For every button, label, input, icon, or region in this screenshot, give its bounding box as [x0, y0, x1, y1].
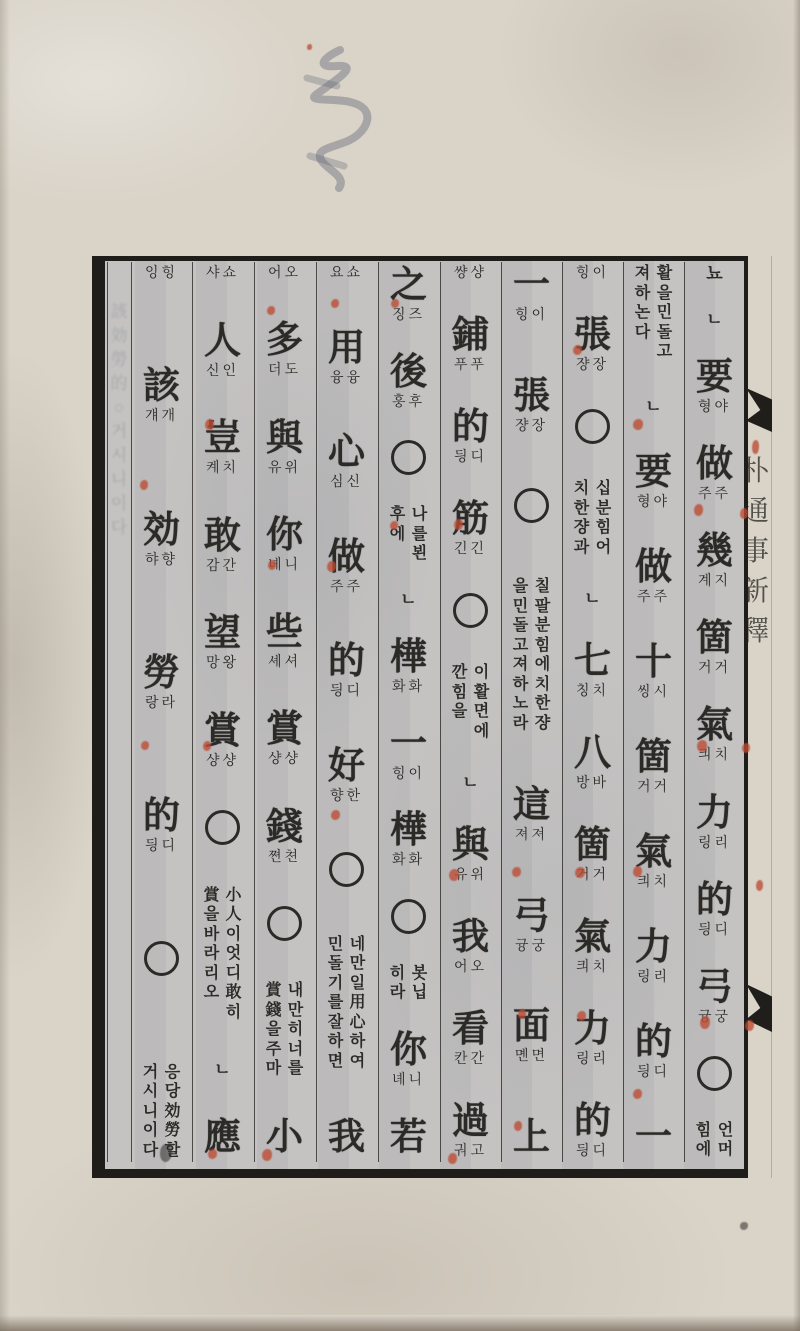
han-char: 力 [635, 926, 672, 970]
han-char: 若 [390, 1116, 427, 1160]
red-reading-mark [575, 867, 585, 878]
red-reading-mark [331, 299, 339, 308]
reading-pair: 힝이 [392, 767, 425, 783]
reading-pair: 링리 [637, 970, 670, 986]
reading-pair: 잉힝 [145, 266, 178, 282]
han-char: 用 [328, 327, 365, 371]
annotation-right: 칠팔분힘에치한쟝 [533, 577, 552, 733]
han-char: 鋪 [452, 314, 489, 358]
han-char: 一 [513, 264, 550, 308]
small-mark: ㄴ [400, 590, 416, 609]
circle-separator [329, 852, 364, 887]
annotation-right: 활을민돌고 [655, 264, 674, 362]
han-char-unit: 我 [328, 1116, 365, 1160]
reading-pair: 징즈 [392, 308, 425, 324]
reading-pair: 링리 [698, 836, 731, 852]
text-column: 잉힝該걔개効햐향勞랑라的딍디응당効勞할거시니이다 [131, 262, 191, 1162]
red-reading-mark [205, 419, 214, 430]
ink-smudge [740, 1222, 748, 1230]
small-mark: ㄴ [462, 773, 478, 792]
han-char-unit: 錢쪈쳔 [266, 806, 303, 866]
han-char-unit: 過궈고 [452, 1100, 489, 1160]
reading-pair: 거거 [698, 661, 731, 677]
reading-pair: 킈치 [637, 875, 670, 891]
red-reading-mark [633, 419, 643, 430]
annotation-left: 치한쟝과 [572, 479, 591, 557]
han-char: 的 [696, 879, 733, 923]
han-char-unit: 看칸간 [452, 1008, 489, 1068]
han-char-unit: 的딍디 [696, 879, 733, 939]
annotation-left: 賞錢을주마 [264, 981, 283, 1079]
red-reading-mark [512, 867, 521, 877]
han-char: 人 [204, 320, 241, 364]
reading-pair: 샤쇼 [206, 266, 239, 282]
han-char-unit: 氣킈치 [635, 831, 672, 891]
han-char: 弓 [513, 895, 550, 939]
han-char-unit: 要형야 [635, 451, 672, 511]
annotation-double: 활을민돌고져하논다 [633, 264, 674, 362]
han-char: 好 [328, 745, 365, 789]
han-char-unit: 張쟝장 [574, 314, 611, 374]
red-reading-mark [756, 880, 763, 891]
han-char: 的 [635, 1021, 672, 1065]
annotation-double: 내만히너를賞錢을주마 [264, 981, 305, 1079]
reading-pair: 딍디 [454, 450, 487, 466]
han-char: 這 [513, 784, 550, 828]
reading-pair: 딍디 [698, 923, 731, 939]
han-char: 後 [390, 351, 427, 395]
reading-pair: 주주 [637, 590, 670, 606]
circle-separator [514, 488, 549, 523]
han-char: 力 [696, 792, 733, 836]
reading-pair: 화화 [392, 853, 425, 869]
han-char-unit: 多더도 [266, 319, 303, 379]
han-char-unit: 賞샹샹 [204, 710, 241, 770]
small-mark: ㄴ [706, 310, 722, 329]
red-reading-mark [203, 741, 211, 751]
red-reading-mark [577, 1011, 586, 1021]
han-char-unit: 的딍디 [328, 640, 365, 700]
reading-pair: 햐향 [145, 553, 178, 569]
han-char-unit: 氣킈치 [574, 916, 611, 976]
han-char: 箇 [635, 736, 672, 780]
han-char: 箇 [574, 824, 611, 868]
reading-pair: 융융 [330, 371, 363, 387]
reading-pair: 주주 [330, 580, 363, 596]
han-char-unit: 的딍디 [143, 795, 180, 855]
annotation-left: 민돌기를잘하면 [326, 935, 345, 1072]
red-reading-mark [745, 1020, 754, 1031]
han-char-unit: 箇거거 [635, 736, 672, 796]
han-char: 過 [452, 1100, 489, 1144]
text-column: 요쇼用융융心심신做주주的딍디好향한네만일用心하여민돌기를잘하면我 [316, 262, 376, 1162]
fishtail-top-icon [748, 388, 772, 432]
han-char-unit: 後훙후 [390, 351, 427, 411]
reading-pair: 유위 [268, 461, 301, 477]
han-char: 七 [574, 640, 611, 684]
red-reading-mark [140, 480, 148, 490]
annotation-double: 나를뵌후에 [388, 505, 429, 564]
han-char-unit: 之징즈 [390, 264, 427, 324]
han-char: 與 [266, 417, 303, 461]
han-char-unit: 若 [390, 1116, 427, 1160]
han-char-unit: 十씽시 [635, 641, 672, 701]
text-column: 힝이張쟝장십분힘어치한쟝과ㄴ七칭치八방바箇거거氣킈치力링리的딍디 [562, 262, 622, 1162]
han-char: 的 [452, 406, 489, 450]
han-char-unit: 八방바 [574, 732, 611, 792]
reading-pair: 화화 [392, 680, 425, 696]
annotation-right: 언머 [716, 1121, 735, 1160]
han-char: 効 [143, 509, 180, 553]
han-char-unit: 氣킈치 [696, 704, 733, 764]
reading-pair: 긴긴 [454, 542, 487, 558]
reading-pair: 더도 [268, 363, 301, 379]
red-reading-mark [752, 440, 759, 454]
red-reading-mark [740, 508, 748, 519]
reading-pair: 쟝장 [515, 419, 548, 435]
han-char: 做 [635, 546, 672, 590]
han-char: 做 [696, 443, 733, 487]
reading-pair: 거거 [637, 780, 670, 796]
red-reading-mark [267, 306, 275, 315]
han-char-unit: 好향한 [328, 745, 365, 805]
han-char-unit: 勞랑라 [143, 652, 180, 712]
reading-pair: 걔개 [145, 409, 178, 425]
small-mark: ㄴ [214, 1060, 230, 1079]
annotation-double: 십분힘어치한쟝과 [572, 479, 613, 557]
han-char: 弓 [696, 966, 733, 1010]
reading-pair: 요쇼 [330, 266, 363, 282]
han-char: 八 [574, 732, 611, 776]
han-char: 敢 [204, 515, 241, 559]
han-char: 幾 [696, 530, 733, 574]
han-char-unit: 這져져 [513, 784, 550, 844]
reading-pair: 어오 [268, 266, 301, 282]
red-reading-mark [331, 810, 340, 820]
small-mark: ㄴ [584, 589, 600, 608]
circle-separator [144, 941, 179, 976]
han-char-unit: 做주주 [635, 546, 672, 606]
red-reading-mark [449, 869, 459, 881]
han-char: 與 [452, 824, 489, 868]
text-column [107, 262, 131, 1162]
red-reading-mark [514, 1121, 522, 1131]
text-column: 어오多더도與유위你녜니些셰셔賞샹샹錢쪈쳔내만히너를賞錢을주마小 [254, 262, 314, 1162]
han-char-unit: 該걔개 [143, 365, 180, 425]
han-char-unit: 的딍디 [574, 1100, 611, 1160]
annotation-left: 賞을바라리오 [202, 886, 221, 1023]
fold-crease-line [771, 256, 772, 1178]
reading-pair: 주주 [698, 487, 731, 503]
circle-separator [697, 1056, 732, 1091]
reading-pair: 랑라 [145, 696, 178, 712]
han-char: 心 [328, 431, 365, 475]
han-char: 的 [328, 640, 365, 684]
reading-pair: 딍디 [637, 1065, 670, 1081]
han-char-unit: 効햐향 [143, 509, 180, 569]
reading-pair: 샹샹 [268, 752, 301, 768]
annotation-left: 거시니이다 [141, 1063, 160, 1161]
annotation-right: 봇닙 [410, 964, 429, 1003]
text-column: 一힝이張쟝장칠팔분힘에치한쟝을민돌고져하노라這져져弓귱궁面몐면上 [501, 262, 561, 1162]
han-char-unit: 力링리 [696, 792, 733, 852]
reading-pair: 향한 [330, 789, 363, 805]
han-char: 一 [390, 723, 427, 767]
reading-pair: 쪈쳔 [268, 850, 301, 866]
han-char: 勞 [143, 652, 180, 696]
han-char: 箇 [696, 617, 733, 661]
annotation-double: 언머힘에 [694, 1121, 735, 1160]
book-page-scan: 該効勞的○거시니이다 뇨ㄴ要형야做주주幾계지箇거거氣킈치力링리的딍디弓귱궁언머힘… [0, 0, 800, 1331]
text-column: 썅샹鋪푸푸的딍디筋긴긴이활면에깐힘을ㄴ與유위我어오看칸간過궈고 [440, 262, 500, 1162]
han-char-unit: 做주주 [696, 443, 733, 503]
red-reading-mark [633, 1089, 642, 1099]
han-char: 一 [635, 1116, 672, 1160]
red-reading-mark [518, 1009, 526, 1019]
han-char-unit: 張쟝장 [513, 375, 550, 435]
reading-pair: 궈고 [454, 1144, 487, 1160]
han-char-unit: 樺화화 [390, 809, 427, 869]
han-char-unit: 的딍디 [452, 406, 489, 466]
han-char: 的 [574, 1100, 611, 1144]
text-column: 之징즈後훙후나를뵌후에ㄴ樺화화一힝이樺화화봇닙히라你녜니若 [378, 262, 438, 1162]
red-reading-mark [141, 741, 149, 750]
han-char: 十 [635, 641, 672, 685]
annotation-right: 나를뵌 [410, 505, 429, 564]
han-char-unit: 望망왕 [204, 612, 241, 672]
han-char-unit: 要형야 [696, 356, 733, 416]
han-char: 望 [204, 612, 241, 656]
han-char: 要 [696, 356, 733, 400]
han-char-unit: 鋪푸푸 [452, 314, 489, 374]
han-char-unit: 箇거거 [696, 617, 733, 677]
reading-pair: 져져 [515, 828, 548, 844]
han-char: 樺 [390, 636, 427, 680]
han-char: 你 [266, 514, 303, 558]
han-char-unit: 賞샹샹 [266, 708, 303, 768]
reading-pair: 어오 [454, 960, 487, 976]
reading-pair: 켸치 [206, 461, 239, 477]
annotation-left: 히라 [388, 964, 407, 1003]
reading-pair: 링리 [576, 1052, 609, 1068]
spine-title: 朴通事新釋 [748, 452, 770, 652]
reading-pair: 딍디 [576, 1144, 609, 1160]
circle-separator [453, 593, 488, 628]
text-column: 샤쇼人신인豈켸치敢감간望망왕賞샹샹小人이엇디敢히賞을바라리오ㄴ應 [192, 262, 252, 1162]
red-reading-mark [700, 1016, 710, 1029]
red-reading-mark [633, 866, 642, 877]
han-char: 錢 [266, 806, 303, 850]
reading-pair: 감간 [206, 559, 239, 575]
han-char: 我 [328, 1116, 365, 1160]
han-char-unit: 用융융 [328, 327, 365, 387]
circle-separator [391, 899, 426, 934]
reading-pair: 형야 [698, 400, 731, 416]
annotation-right: 네만일用心하여 [348, 935, 367, 1072]
reading-pair: 푸푸 [454, 358, 487, 374]
han-char-unit: 七칭치 [574, 640, 611, 700]
annotation-double: 네만일用心하여민돌기를잘하면 [326, 935, 367, 1072]
annotation-left: 후에 [388, 505, 407, 564]
annotation-left: 깐힘을 [450, 663, 469, 741]
han-char: 要 [635, 451, 672, 495]
han-char-unit: 一힝이 [390, 723, 427, 783]
han-char-unit: 的딍디 [635, 1021, 672, 1081]
han-char: 張 [513, 375, 550, 419]
reading-pair: 샹샹 [206, 754, 239, 770]
page-bottom-edge [0, 1315, 800, 1331]
reading-pair: 몐면 [515, 1049, 548, 1065]
red-reading-mark [742, 743, 750, 753]
annotation-right: 小人이엇디敢히 [224, 886, 243, 1023]
red-reading-mark [448, 1153, 457, 1164]
red-reading-mark [390, 521, 398, 530]
reading-pair: 딍디 [145, 839, 178, 855]
han-char-unit: 幾계지 [696, 530, 733, 590]
reading-pair: 신인 [206, 364, 239, 380]
reading-pair: 심신 [330, 475, 363, 491]
han-char: 賞 [266, 708, 303, 752]
han-char-unit: 一힝이 [513, 264, 550, 324]
annotation-right: 내만히너를 [286, 981, 305, 1079]
annotation-left: 힘에 [694, 1121, 713, 1160]
han-char-unit: 與유위 [266, 417, 303, 477]
han-char-unit: 樺화화 [390, 636, 427, 696]
han-char: 看 [452, 1008, 489, 1052]
annotation-left: 져하논다 [633, 264, 652, 362]
circle-separator [391, 440, 426, 475]
small-mark: 뇨 [706, 264, 722, 283]
han-char: 樺 [390, 809, 427, 853]
reading-pair: 방바 [576, 776, 609, 792]
reading-pair: 귱궁 [515, 939, 548, 955]
annotation-double: 칠팔분힘에치한쟝을민돌고져하노라 [511, 577, 552, 733]
red-reading-mark [454, 519, 463, 530]
han-char-unit: 一 [635, 1116, 672, 1160]
page-left-edge [0, 0, 10, 1331]
red-reading-mark [391, 299, 399, 308]
small-mark: ㄴ [645, 397, 661, 416]
annotation-double: 小人이엇디敢히賞을바라리오 [202, 886, 243, 1023]
reading-pair: 썅샹 [454, 266, 487, 282]
reading-pair: 형야 [637, 495, 670, 511]
circle-separator [267, 906, 302, 941]
reading-pair: 녜니 [392, 1073, 425, 1089]
han-char-unit: 你녜니 [390, 1029, 427, 1089]
reading-pair: 딍디 [330, 684, 363, 700]
reading-pair: 힝이 [576, 266, 609, 282]
red-reading-mark [573, 345, 582, 355]
han-char-unit: 我어오 [452, 916, 489, 976]
reading-pair: 씽시 [637, 685, 670, 701]
han-char: 我 [452, 916, 489, 960]
han-char: 做 [328, 536, 365, 580]
annotation-left: 을민돌고져하노라 [511, 577, 530, 733]
red-reading-mark [268, 560, 276, 570]
red-reading-mark [327, 561, 336, 572]
han-char-unit: 弓귱궁 [513, 895, 550, 955]
circle-separator [205, 810, 240, 845]
reading-pair: 쟝장 [576, 358, 609, 374]
reading-pair: 칸간 [454, 1052, 487, 1068]
page-right-edge [793, 0, 800, 1331]
reading-pair: 셰셔 [268, 655, 301, 671]
handwritten-annotation [295, 38, 425, 208]
text-column: 뇨ㄴ要형야做주주幾계지箇거거氣킈치力링리的딍디弓귱궁언머힘에 [684, 262, 744, 1162]
reading-pair: 계지 [698, 574, 731, 590]
han-char: 多 [266, 319, 303, 363]
han-char-unit: 人신인 [204, 320, 241, 380]
reading-pair: 망왕 [206, 656, 239, 672]
circle-separator [575, 409, 610, 444]
text-column: 활을민돌고져하논다ㄴ要형야做주주十씽시箇거거氣킈치力링리的딍디一 [623, 262, 683, 1162]
han-char: 氣 [574, 916, 611, 960]
red-reading-mark [262, 1149, 272, 1161]
reading-pair: 칭치 [576, 684, 609, 700]
han-char-unit: 敢감간 [204, 515, 241, 575]
han-char: 該 [143, 365, 180, 409]
han-char: 的 [143, 795, 180, 839]
han-char: 些 [266, 611, 303, 655]
han-char-unit: 力링리 [635, 926, 672, 986]
han-char-unit: 心심신 [328, 431, 365, 491]
reading-pair: 훙후 [392, 395, 425, 411]
red-reading-mark [208, 1149, 217, 1159]
red-reading-mark [694, 504, 703, 516]
han-char-unit: 些셰셔 [266, 611, 303, 671]
annotation-right: 십분힘어 [594, 479, 613, 557]
annotation-right: 이활면에 [472, 663, 491, 741]
han-char: 你 [390, 1029, 427, 1073]
reading-pair: 힝이 [515, 308, 548, 324]
annotation-double: 봇닙히라 [388, 964, 429, 1003]
annotation-double: 이활면에깐힘을 [450, 663, 491, 741]
red-reading-mark [307, 44, 312, 50]
red-reading-mark [697, 740, 707, 752]
reading-pair: 킈치 [576, 960, 609, 976]
